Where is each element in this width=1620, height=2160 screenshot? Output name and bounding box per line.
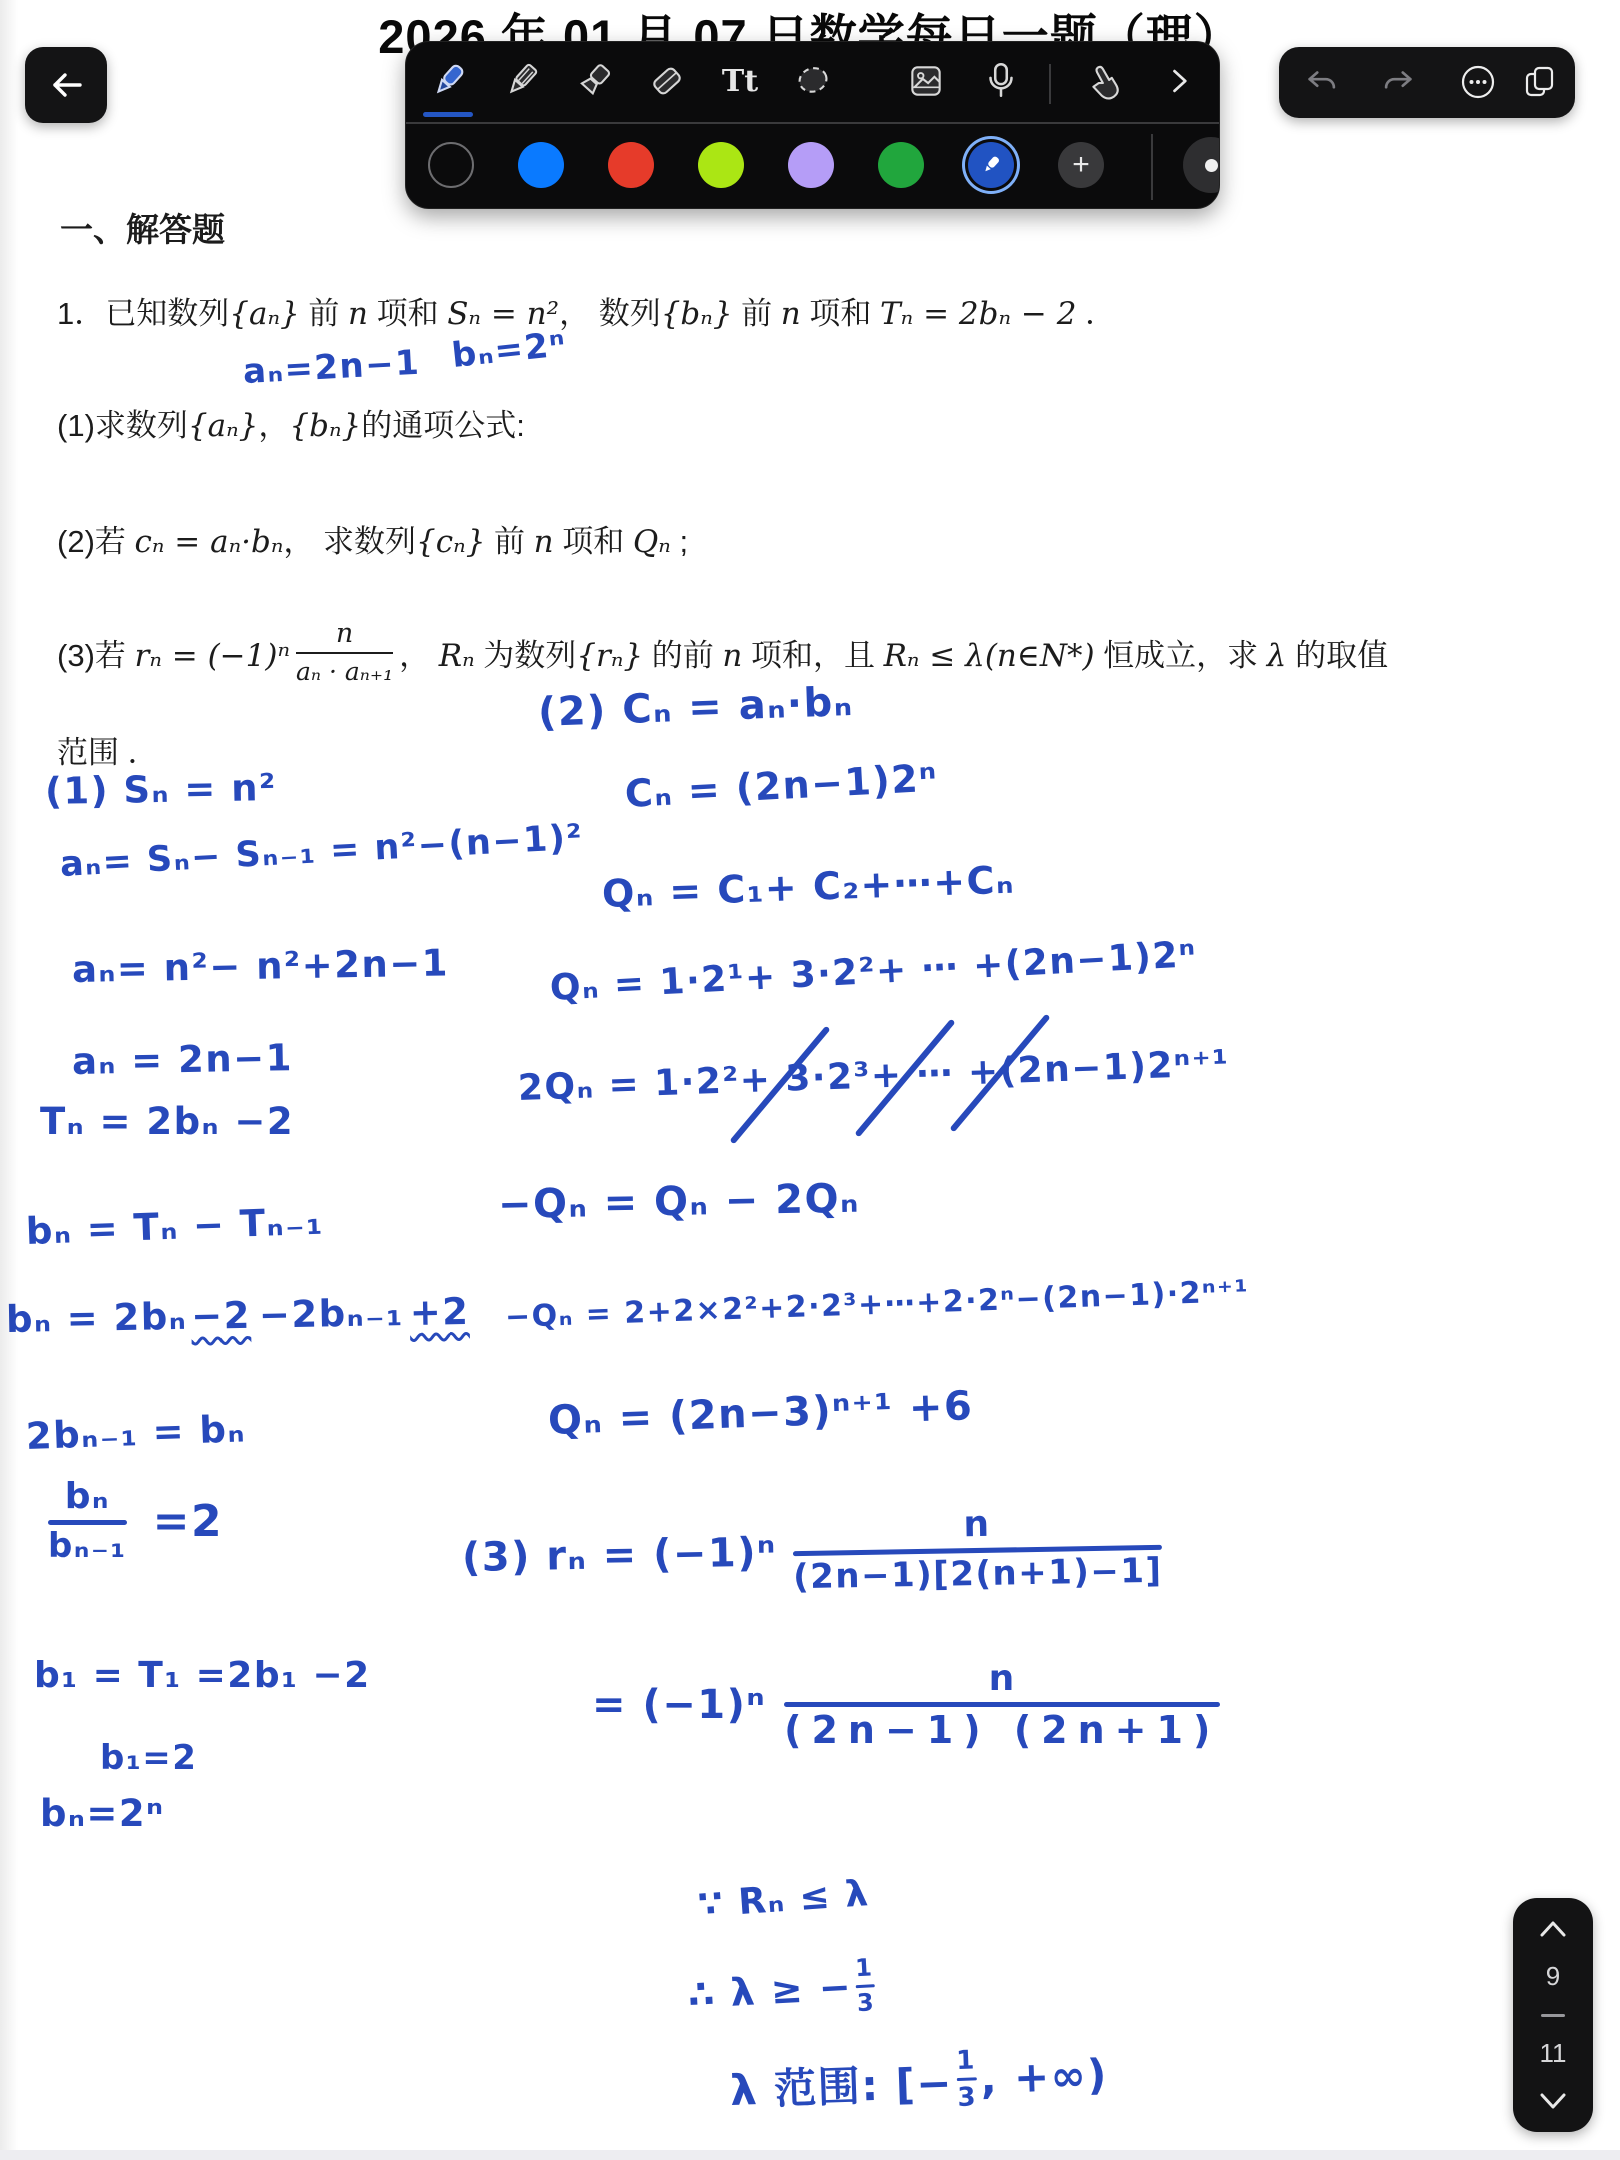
ellipsis-circle-icon xyxy=(1458,62,1498,102)
handwritten-line: aₙ = 2n−1 xyxy=(72,1036,294,1083)
handwritten-line: 2Qₙ = 1·2²+ 3·2³+ ⋯ +(2n−1)2ⁿ⁺¹ xyxy=(517,1043,1230,1109)
page-up-button[interactable] xyxy=(1538,1918,1568,1940)
swatch-blue[interactable] xyxy=(518,142,564,188)
more-options-button[interactable] xyxy=(1458,62,1498,102)
handwritten-line: bₙ=2ⁿ xyxy=(40,1792,164,1835)
handwritten-line: aₙ=2n−1 xyxy=(242,343,421,392)
tool-highlighter[interactable] xyxy=(571,58,617,104)
page-navigator: 9 11 xyxy=(1513,1898,1593,2132)
tool-eraser[interactable] xyxy=(644,58,690,104)
handwritten-fraction: n (2n−1) (2n+1) xyxy=(784,1660,1220,1751)
handwritten-line: Qₙ = C₁+ C₂+⋯+Cₙ xyxy=(601,858,1015,916)
section-heading: 一、解答题 xyxy=(60,204,225,251)
handwritten-line: Qₙ = (2n−3)ⁿ⁺¹ +6 xyxy=(547,1383,974,1444)
handwritten-line: b₁ = T₁ =2b₁ −2 xyxy=(34,1655,371,1696)
handwritten-line: −Qₙ = Qₙ − 2Qₙ xyxy=(498,1176,861,1228)
part3-lead: (3)若 rₙ = (−1)ⁿ xyxy=(57,630,290,675)
pencil-icon xyxy=(500,60,542,102)
page-bottom-gap xyxy=(0,2150,1620,2160)
stroke-dot-icon xyxy=(1205,159,1218,172)
tool-pen[interactable] xyxy=(425,58,471,104)
handwritten-line: bₙ bₙ₋₁ =2 xyxy=(48,1478,223,1565)
toolbar-expand-button[interactable] xyxy=(1156,58,1202,104)
stroke-width-preview[interactable] xyxy=(1183,137,1220,193)
page-divider xyxy=(1541,2014,1565,2017)
chevron-down-icon xyxy=(1538,2090,1568,2112)
eraser-icon xyxy=(646,60,688,102)
redo-icon xyxy=(1379,63,1417,101)
page-down-button[interactable] xyxy=(1538,2090,1568,2112)
copy-pages-icon xyxy=(1520,62,1560,102)
pages-copy-button[interactable] xyxy=(1520,62,1560,102)
handwritten-line: bₙ = Tₙ − Tₙ₋₁ xyxy=(25,1200,324,1253)
handwritten-line: 2bₙ₋₁ = bₙ xyxy=(25,1407,246,1458)
swatch-purple[interactable] xyxy=(788,142,834,188)
handwritten-line: (3) rₙ = (−1)ⁿ n (2n−1)[2(n+1)−1] xyxy=(461,1503,1163,1602)
swatch-black[interactable] xyxy=(428,142,474,188)
swatch-active-blue[interactable] xyxy=(968,142,1014,188)
fraction-bar xyxy=(48,1520,127,1525)
pen-glyph-icon xyxy=(978,152,1004,178)
part3-fraction: n aₙ · aₙ₊₁ xyxy=(296,618,393,686)
handwritten-fraction: 1 3 xyxy=(956,2046,978,2112)
handwritten-line: bₙ = 2bₙ −2 −2bₙ₋₁ +2 xyxy=(6,1290,470,1341)
handwritten-line: aₙ= Sₙ− Sₙ₋₁ = n²−(n−1)² xyxy=(59,818,584,885)
total-pages-number: 11 xyxy=(1540,2038,1567,2069)
problem-part-3-wrap: 范围 ． xyxy=(57,727,159,772)
page-edge-shadow xyxy=(0,0,18,2160)
problem-part-1: (1)求数列{aₙ}，{bₙ}的通项公式: xyxy=(57,400,525,445)
undo-icon xyxy=(1303,63,1341,101)
image-icon xyxy=(905,60,947,102)
plus-icon: + xyxy=(1072,150,1090,180)
pointer-hand-icon xyxy=(1085,60,1127,102)
handwritten-fraction: n (2n−1)[2(n+1)−1] xyxy=(792,1503,1163,1596)
handwritten-line: ∵ Rₙ ≤ λ xyxy=(697,1873,871,1926)
add-color-button[interactable]: + xyxy=(1058,142,1104,188)
swatch-lime[interactable] xyxy=(698,142,744,188)
toolbar-divider xyxy=(1049,64,1051,104)
tool-pointer-hand[interactable] xyxy=(1083,58,1129,104)
toolbar-row-separator xyxy=(406,122,1219,124)
swatch-green[interactable] xyxy=(878,142,924,188)
selected-tool-underline xyxy=(423,112,473,117)
handwritten-line: Qₙ = 1·2¹+ 3·2²+ ⋯ +(2n−1)2ⁿ xyxy=(549,934,1198,1009)
handwritten-fraction: bₙ bₙ₋₁ xyxy=(48,1478,127,1565)
history-toolbar xyxy=(1279,47,1575,118)
tool-text[interactable]: Tt xyxy=(717,58,763,104)
fraction-bar xyxy=(784,1702,1220,1707)
tool-lasso[interactable] xyxy=(790,58,836,104)
highlighter-icon xyxy=(573,60,615,102)
back-button[interactable] xyxy=(25,47,107,123)
problem-part-2: (2)若 cₙ = aₙ·bₙ， 求数列{cₙ} 前 n 项和 Qₙ ; xyxy=(57,516,688,561)
redo-button[interactable] xyxy=(1378,62,1418,102)
handwritten-line: = (−1)ⁿ n (2n−1) (2n+1) xyxy=(592,1660,1220,1751)
problem-statement: 1．已知数列{aₙ} 前 n 项和 Sₙ = n²， 数列{bₙ} 前 n 项和… xyxy=(57,288,1116,333)
current-page-number: 9 xyxy=(1546,1961,1560,1992)
handwritten-line: Cₙ = (2n−1)2ⁿ xyxy=(624,756,939,816)
pen-icon xyxy=(427,60,469,102)
swatch-red[interactable] xyxy=(608,142,654,188)
fraction-bar xyxy=(296,652,393,654)
tool-image[interactable] xyxy=(903,58,949,104)
handwritten-line: ∴ λ ≥ − 1 3 xyxy=(686,1955,875,2025)
handwritten-line: (2) Cₙ = aₙ·bₙ xyxy=(537,679,854,736)
chevron-up-icon xyxy=(1538,1918,1568,1940)
fraction-bar xyxy=(957,2077,977,2081)
undo-button[interactable] xyxy=(1302,62,1342,102)
handwritten-line: b₁=2 xyxy=(100,1738,197,1778)
text-tool-label: Tt xyxy=(722,64,758,99)
tool-microphone[interactable] xyxy=(978,58,1024,104)
handwritten-line: (1) Sₙ = n² xyxy=(45,766,277,813)
handwritten-fraction: 1 3 xyxy=(855,1955,876,2017)
tool-pencil[interactable] xyxy=(498,58,544,104)
chevron-right-icon xyxy=(1161,63,1197,99)
toolbar-divider xyxy=(1151,134,1153,200)
handwritten-line: Tₙ = 2bₙ −2 xyxy=(40,1100,294,1143)
lasso-icon xyxy=(792,60,834,102)
microphone-icon xyxy=(980,60,1022,102)
handwritten-line: λ 范围: [− 1 3 , +∞) xyxy=(729,2042,1109,2120)
handwritten-line: −Qₙ = 2+2×2²+2·2³+⋯+2·2ⁿ−(2n−1)·2ⁿ⁺¹ xyxy=(504,1274,1249,1335)
back-arrow-icon xyxy=(44,63,88,107)
handwritten-line: aₙ= n²− n²+2n−1 xyxy=(72,941,450,991)
drawing-toolbar: Tt xyxy=(405,41,1220,209)
part3-tail: ， Rₙ 为数列{rₙ} 的前 n 项和，且 Rₙ ≤ λ(n∈N*) 恒成立，… xyxy=(399,630,1388,675)
